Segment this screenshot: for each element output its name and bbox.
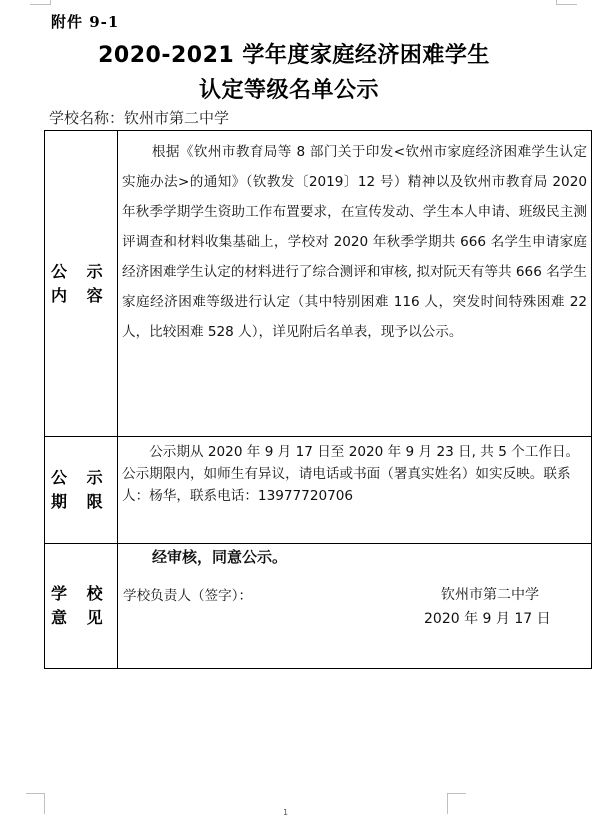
school-name: 学校名称：钦州市第二中学 xyxy=(49,107,229,128)
row-label-opinion: 学 校 意 见 xyxy=(45,544,118,669)
page-number: 1 xyxy=(283,808,288,817)
table-row-period: 公 示 期 限 公示期从 2020 年 9 月 17 日至 2020 年 9 月… xyxy=(45,437,592,544)
label-line: 公 示 xyxy=(51,260,117,284)
margin-mark-bottom-left xyxy=(26,793,45,814)
notice-period-cell: 公示期从 2020 年 9 月 17 日至 2020 年 9 月 23 日, 共… xyxy=(118,437,592,544)
school-signature: 钦州市第二中学 xyxy=(441,584,539,604)
row-label-period: 公 示 期 限 xyxy=(45,437,118,544)
document-title-line1: 2020-2021 学年度家庭经济困难学生 xyxy=(0,38,598,69)
notice-table: 公 示 内 容 根据《钦州市教育局等 8 部门关于印发<钦州市家庭经济困难学生认… xyxy=(44,130,592,669)
label-line: 意 见 xyxy=(51,606,117,630)
table-row-opinion: 学 校 意 见 经审核，同意公示。 学校负责人（签字）： 钦州市第二中学 202… xyxy=(45,544,592,669)
row-label-content: 公 示 内 容 xyxy=(45,131,118,437)
margin-mark-top-left xyxy=(30,0,51,5)
margin-mark-bottom-right xyxy=(447,793,466,814)
notice-content-text: 根据《钦州市教育局等 8 部门关于印发<钦州市家庭经济困难学生认定实施办法>的通… xyxy=(118,131,591,436)
label-line: 期 限 xyxy=(51,490,117,514)
signature-date: 2020 年 9 月 17 日 xyxy=(424,608,551,628)
signature-area: 学校负责人（签字）： 钦州市第二中学 2020 年 9 月 17 日 xyxy=(118,584,591,608)
document-title-line2: 认定等级名单公示 xyxy=(0,73,593,104)
attachment-label: 附件 9-1 xyxy=(51,11,119,32)
notice-period-text: 公示期从 2020 年 9 月 17 日至 2020 年 9 月 23 日, 共… xyxy=(118,437,591,541)
approval-statement: 经审核，同意公示。 xyxy=(152,546,591,567)
signer-label: 学校负责人（签字）： xyxy=(123,584,252,604)
label-line: 公 示 xyxy=(51,466,117,490)
notice-content-cell: 根据《钦州市教育局等 8 部门关于印发<钦州市家庭经济困难学生认定实施办法>的通… xyxy=(118,131,592,437)
school-opinion-cell: 经审核，同意公示。 学校负责人（签字）： 钦州市第二中学 2020 年 9 月 … xyxy=(118,544,592,669)
label-line: 学 校 xyxy=(51,582,117,606)
margin-mark-top-right xyxy=(556,0,577,5)
label-line: 内 容 xyxy=(51,284,117,308)
table-row-content: 公 示 内 容 根据《钦州市教育局等 8 部门关于印发<钦州市家庭经济困难学生认… xyxy=(45,131,592,437)
